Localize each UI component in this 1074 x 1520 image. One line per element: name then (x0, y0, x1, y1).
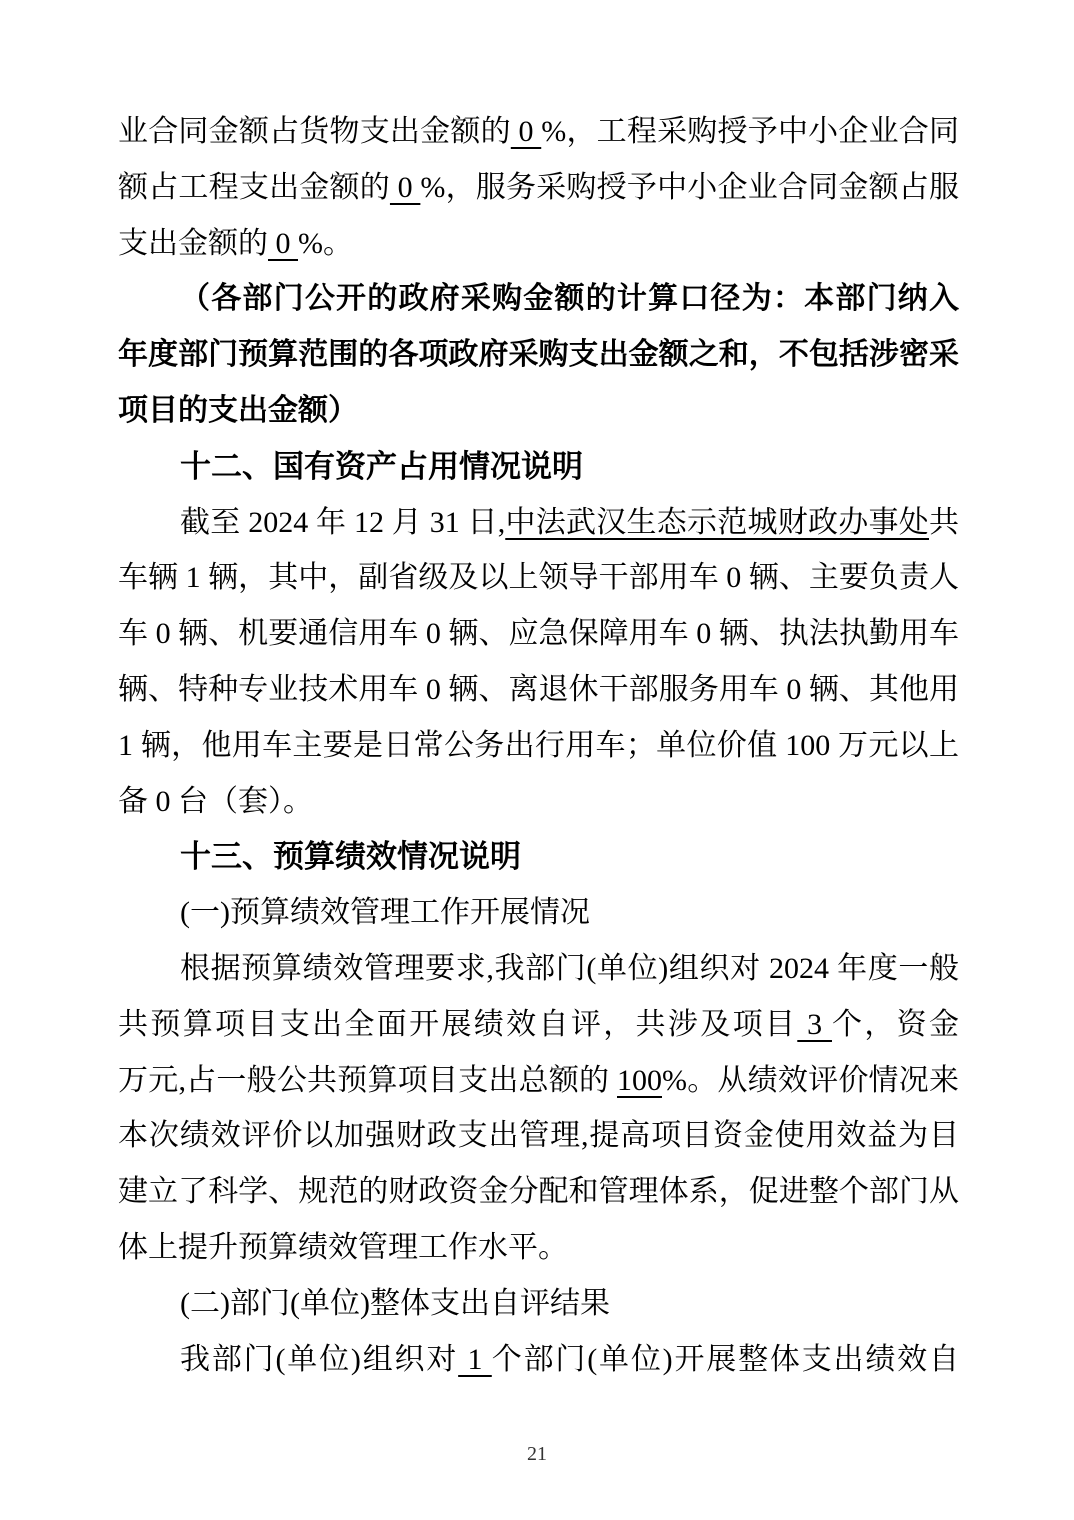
text-line: 我部门(单位)组织对 1 个部门(单位)开展整体支出绩效自评， (118, 1332, 959, 1388)
text-line: 额占工程支出金额的 0 %，服务采购授予中小企业合同金额占服务 (118, 160, 959, 216)
text-line: 备 0 台（套）。 (118, 774, 959, 830)
text-line: 建立了科学、规范的财政资金分配和管理体系，促进整个部门从整 (118, 1164, 959, 1220)
text-segment: 备 0 台（套）。 (118, 785, 313, 818)
text-segment: 共预算项目支出全面开展绩效自评，共涉及项目 (118, 1008, 797, 1041)
text-segment: (二)部门(单位)整体支出自评结果 (180, 1287, 610, 1320)
text-segment: 额占工程支出金额的 (118, 171, 390, 204)
section-heading: 十三、预算绩效情况说明 (118, 829, 959, 885)
text-segment: 我部门(单位)组织对 (180, 1343, 458, 1376)
text-line: 体上提升预算绩效管理工作水平。 (118, 1220, 959, 1276)
text-line: 辆、特种专业技术用车 0 辆、离退休干部服务用车 0 辆、其他用车 (118, 662, 959, 718)
underlined-value: 0 (511, 115, 541, 148)
text-segment: 1 辆，他用车主要是日常公务出行用车；单位价值 100 万元以上设 (118, 729, 959, 774)
text-line: （各部门公开的政府采购金额的计算口径为：本部门纳入2024 (118, 271, 959, 327)
text-segment: 车 0 辆、机要通信用车 0 辆、应急保障用车 0 辆、执法执勤用车 0 (118, 617, 959, 662)
page-number: 21 (0, 1443, 1074, 1466)
text-segment: 十三、预算绩效情况说明 (180, 839, 521, 874)
text-segment: 根据预算绩效管理要求,我部门(单位)组织对 2024 年度一般公 (118, 952, 959, 997)
text-segment: 万元,占一般公共预算项目支出总额的 (118, 1064, 617, 1097)
section-heading: 十二、国有资产占用情况说明 (118, 439, 959, 495)
text-segment: 建立了科学、规范的财政资金分配和管理体系，促进整个部门从整 (118, 1175, 959, 1220)
text-segment: 个，资金 (832, 1008, 959, 1041)
text-segment: 业合同金额占货物支出金额的 (118, 115, 511, 148)
text-line: 业合同金额占货物支出金额的 0 %，工程采购授予中小企业合同金 (118, 104, 959, 160)
text-line: 根据预算绩效管理要求,我部门(单位)组织对 2024 年度一般公 (118, 941, 959, 997)
underlined-value: 1 (458, 1343, 492, 1376)
text-line: 万元,占一般公共预算项目支出总额的 100%。从绩效评价情况来看， (118, 1053, 959, 1109)
text-segment: %。 (298, 227, 353, 260)
text-segment: 项目的支出金额） (118, 394, 358, 427)
text-line: 车 0 辆、机要通信用车 0 辆、应急保障用车 0 辆、执法执勤用车 0 (118, 606, 959, 662)
text-line: (一)预算绩效管理工作开展情况 (118, 885, 959, 941)
text-line: 年度部门预算范围的各项政府采购支出金额之和，不包括涉密采购 (118, 327, 959, 383)
underlined-value: 0 (390, 171, 420, 204)
text-segment: 本次绩效评价以加强财政支出管理,提高项目资金使用效益为目标, (118, 1119, 959, 1164)
text-line: 支出金额的 0 %。 (118, 216, 959, 272)
text-segment: 支出金额的 (118, 227, 268, 260)
text-segment: 截至 2024 年 12 月 31 日, (180, 506, 505, 539)
underlined-value: 中法武汉生态示范城财政办事处 (505, 506, 929, 539)
underlined-value: 100 (617, 1064, 662, 1097)
text-segment: 体上提升预算绩效管理工作水平。 (118, 1231, 568, 1264)
text-line: 截至 2024 年 12 月 31 日,中法武汉生态示范城财政办事处共有 (118, 495, 959, 551)
document-page: 业合同金额占货物支出金额的 0 %，工程采购授予中小企业合同金额占工程支出金额的… (0, 0, 1074, 1520)
document-body: 业合同金额占货物支出金额的 0 %，工程采购授予中小企业合同金额占工程支出金额的… (118, 104, 959, 1387)
text-line: 共预算项目支出全面开展绩效自评，共涉及项目 3 个，资金 10.55 (118, 997, 959, 1053)
underlined-value: 3 (797, 1008, 832, 1041)
text-segment: 辆、特种专业技术用车 0 辆、离退休干部服务用车 0 辆、其他用车 (118, 673, 959, 718)
text-segment: （各部门公开的政府采购金额的计算口径为：本部门纳入2024 (118, 282, 959, 327)
text-line: 车辆 1 辆，其中，副省级及以上领导干部用车 0 辆、主要负责人用 (118, 550, 959, 606)
text-segment: 十二、国有资产占用情况说明 (180, 449, 583, 484)
text-line: 1 辆，他用车主要是日常公务出行用车；单位价值 100 万元以上设 (118, 718, 959, 774)
text-segment: 车辆 1 辆，其中，副省级及以上领导干部用车 0 辆、主要负责人用 (118, 561, 959, 606)
text-line: 本次绩效评价以加强财政支出管理,提高项目资金使用效益为目标, (118, 1108, 959, 1164)
text-segment: 年度部门预算范围的各项政府采购支出金额之和，不包括涉密采购 (118, 338, 959, 383)
text-line: (二)部门(单位)整体支出自评结果 (118, 1276, 959, 1332)
text-line: 项目的支出金额） (118, 383, 959, 439)
text-segment: (一)预算绩效管理工作开展情况 (180, 896, 590, 929)
underlined-value: 0 (268, 227, 298, 260)
